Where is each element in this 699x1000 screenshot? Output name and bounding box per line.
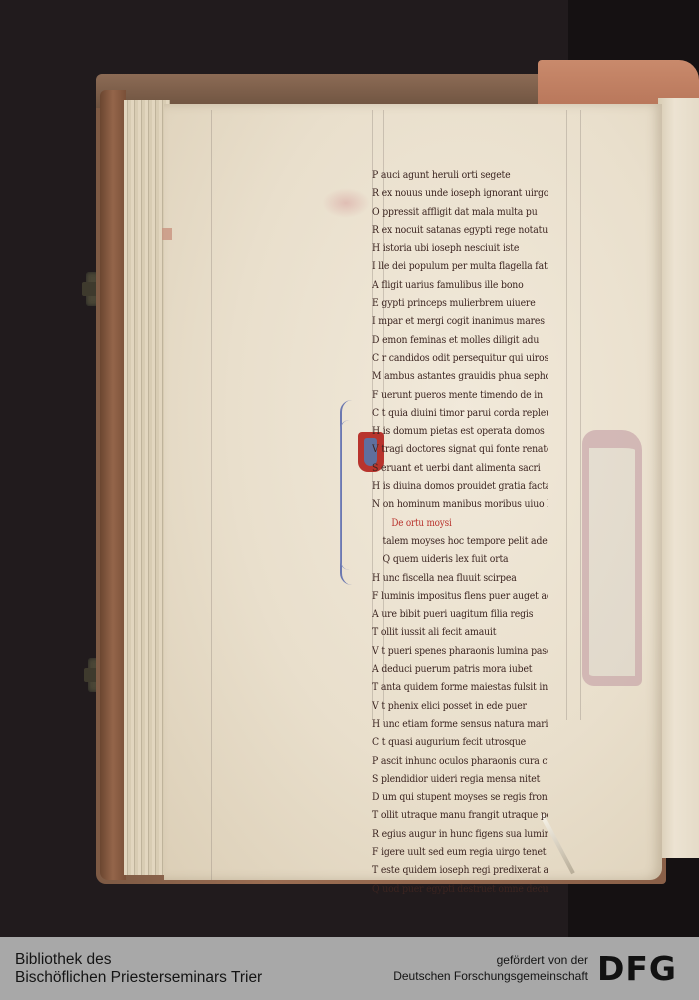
text-line: T ollit iussit ali fecit amauit: [372, 623, 548, 641]
funding-line2: Deutschen Forschungsgemeinschaft: [393, 968, 588, 984]
text-line: P ascit inhunc oculos pharaonis cura cui…: [372, 752, 548, 770]
text-line: D emon feminas et molles diligit adu: [372, 331, 548, 349]
text-line: D um qui stupent moyses se regis fronte …: [372, 788, 548, 806]
text-line: N on hominum manibus moribus uiuo bonus: [372, 495, 548, 513]
funding-line1: gefördert von der: [393, 952, 588, 968]
dfg-logo-icon: DFG: [597, 951, 677, 987]
text-line: H unc fiscella nea fluuit scirpea: [372, 569, 548, 587]
text-line: Q uod puer egypti destruet omne decus: [372, 880, 548, 898]
text-line: F luminis impositus flens puer auget aqu…: [372, 587, 548, 605]
binding-spine: [100, 90, 126, 880]
rubric-heading: De ortu moysi: [391, 518, 451, 529]
ruling-line: [580, 110, 581, 720]
text-line: F igere uult sed eum regia uirgo tenet: [372, 843, 548, 861]
text-line: F uerunt pueros mente timendo de in: [372, 386, 548, 404]
library-name: Bibliothek des Bischöflichen Priestersem…: [15, 951, 262, 987]
text-line: P auci agunt heruli orti segete: [372, 166, 548, 184]
red-stain: [162, 228, 172, 240]
text-line: A ure bibit pueri uagitum filia regis: [372, 605, 548, 623]
text-line: C t quia diuini timor parui corda repleu…: [372, 404, 548, 422]
rubric-line: De ortu moysi: [372, 514, 548, 532]
text-line: E gypti princeps mulierbrem uiuere: [372, 294, 548, 312]
text-line: H is domum pietas est operata domos: [372, 422, 548, 440]
library-name-line2: Bischöflichen Priesterseminars Trier: [15, 969, 262, 987]
text-line: C t quasi augurium fecit utrosque: [372, 733, 548, 751]
text-line: T este quidem ioseph regi predixerat aug…: [372, 861, 548, 879]
text-line: A deduci puerum patris mora iubet: [372, 660, 548, 678]
ruling-line: [211, 110, 212, 880]
text-line: I lle dei populum per multa flagella fat…: [372, 257, 548, 275]
text-line: O ppressit affligit dat mala multa pu: [372, 203, 548, 221]
text-line: R ex nouus unde ioseph ignorant uirgo ti…: [372, 184, 548, 202]
faded-rubric: [322, 188, 370, 218]
text-line: R ex nocuit satanas egypti rege notatur: [372, 221, 548, 239]
text-line: talem moyses hoc tempore pelit adeam: [372, 532, 548, 550]
attribution-footer: Bibliothek des Bischöflichen Priestersem…: [0, 937, 699, 1000]
text-line: V t phenix elici posset in ede puer: [372, 697, 548, 715]
library-name-line1: Bibliothek des: [15, 951, 262, 969]
text-line: A fligit uarius famulibus ille bono: [372, 276, 548, 294]
text-line: T ollit utraque manu frangit utraque ped…: [372, 806, 548, 824]
text-column: P auci agunt heruli orti segete R ex nou…: [372, 166, 572, 898]
text-line: H istoria ubi ioseph nesciuit iste: [372, 239, 548, 257]
funding-notice: gefördert von der Deutschen Forschungsge…: [393, 952, 588, 984]
text-line: H is diuina domos prouidet gratia facta: [372, 477, 548, 495]
facing-page-edge: [658, 98, 699, 858]
text-line: I mpar et mergi cogit inanimus mares: [372, 312, 548, 330]
text-line: S eruant et uerbi dant alimenta sacri: [372, 459, 548, 477]
text-line: M ambus astantes grauidis phua sephora m…: [372, 367, 548, 385]
text-line: R egius augur in hunc figens sua lumina …: [372, 825, 548, 843]
text-line: V tragi doctores signat qui fonte renato…: [372, 440, 548, 458]
text-line: V t pueri spenes pharaonis lumina pascit: [372, 642, 548, 660]
text-line: H unc etiam forme sensus natura maritat: [372, 715, 548, 733]
text-line: Q quem uideris lex fuit orta: [372, 550, 548, 568]
show-through-initial: [582, 430, 642, 686]
text-line: T anta quidem forme maiestas fulsit in i…: [372, 678, 548, 696]
text-line: S plendidior uideri regia mensa nitet: [372, 770, 548, 788]
manuscript-photo: P auci agunt heruli orti segete R ex nou…: [0, 0, 699, 937]
text-line: C r candidos odit persequitur qui uiros: [372, 349, 548, 367]
pen-flourish-decoration: [340, 400, 372, 585]
